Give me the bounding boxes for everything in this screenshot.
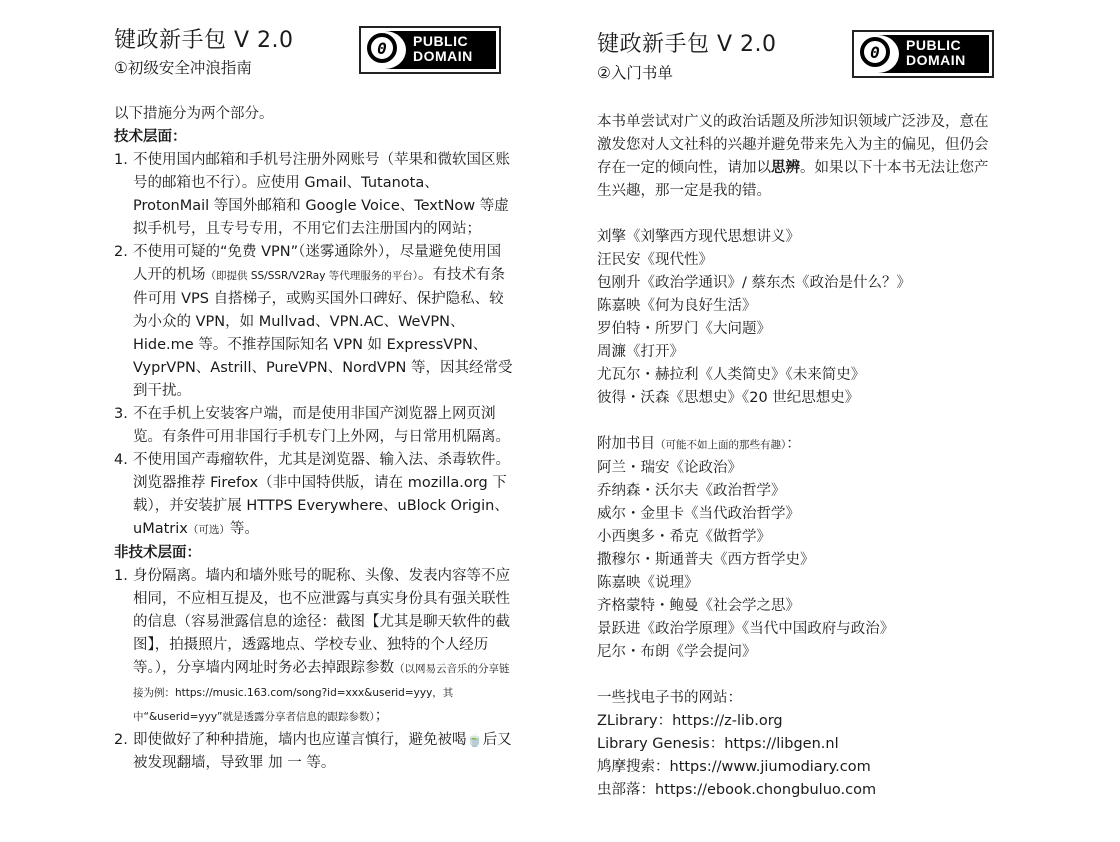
guide-body: 以下措施分为两个部分。 技术层面： 1. 不使用国内邮箱和手机号注册外网账号（苹… bbox=[114, 103, 514, 775]
public-domain-badge: 0 PUBLIC DOMAIN bbox=[359, 26, 501, 74]
badge-line-1: PUBLIC bbox=[413, 34, 473, 49]
book-item: 包刚升《政治学通识》/ 蔡东杰《政治是什么？》 bbox=[597, 272, 1002, 295]
book-item: 撒穆尔・斯通普夫《西方哲学史》 bbox=[597, 549, 1002, 572]
section-heading-non-technical: 非技术层面： bbox=[114, 542, 514, 565]
site-item: 虫部落：https://ebook.chongbuluo.com bbox=[597, 779, 1002, 802]
section-heading-technical: 技术层面： bbox=[114, 126, 514, 149]
book-item: 威尔・金里卡《当代政治哲学》 bbox=[597, 503, 1002, 526]
book-item: 周濂《打开》 bbox=[597, 341, 1002, 364]
book-item: 罗伯特・所罗门《大问题》 bbox=[597, 318, 1002, 341]
book-item: 乔纳森・沃尔夫《政治哲学》 bbox=[597, 480, 1002, 503]
tea-icon: 🍵 bbox=[467, 733, 483, 748]
extra-book-list: 阿兰・瑞安《论政治》 乔纳森・沃尔夫《政治哲学》 威尔・金里卡《当代政治哲学》 … bbox=[597, 457, 1002, 664]
public-domain-zero-icon: 0 bbox=[860, 37, 890, 67]
book-item: 刘擎《刘擎西方现代思想讲义》 bbox=[597, 226, 1002, 249]
site-item: 鸠摩搜索：https://www.jiumodiary.com bbox=[597, 756, 1002, 779]
site-link: https://www.jiumodiary.com bbox=[670, 759, 871, 775]
site-link: https://ebook.chongbuluo.com bbox=[655, 782, 876, 798]
book-item: 陈嘉映《说理》 bbox=[597, 572, 1002, 595]
sites-heading: 一些找电子书的网站： bbox=[597, 687, 1002, 710]
book-item: 小西奥多・希克《做哲学》 bbox=[597, 526, 1002, 549]
page-subtitle: ②入门书单 bbox=[597, 62, 673, 84]
site-link: https://libgen.nl bbox=[724, 736, 838, 752]
main-book-list: 刘擎《刘擎西方现代思想讲义》 汪民安《现代性》 包刚升《政治学通识》/ 蔡东杰《… bbox=[597, 226, 1002, 410]
book-item: 尤瓦尔・赫拉利《人类简史》《未来简史》 bbox=[597, 364, 1002, 387]
list-item: 2. 不使用可疑的“免费 VPN”（迷雾通除外），尽量避免使用国人开的机场（即提… bbox=[114, 241, 514, 403]
intro-text: 以下措施分为两个部分。 bbox=[114, 103, 514, 126]
page-title: 键政新手包 V 2.0 bbox=[114, 26, 294, 56]
public-domain-badge: 0 PUBLIC DOMAIN bbox=[852, 30, 994, 78]
book-item: 阿兰・瑞安《论政治》 bbox=[597, 457, 1002, 480]
badge-line-1: PUBLIC bbox=[906, 38, 966, 53]
site-link: https://z-lib.org bbox=[672, 713, 782, 729]
list-item: 2. 即使做好了种种措施，墙内也应谨言慎行，避免被喝🍵后又被发现翻墙，导致罪 加… bbox=[114, 729, 514, 775]
reading-list-body: 本书单尝试对广义的政治话题及所涉知识领域广泛涉及，意在激发您对人文社科的兴趣并避… bbox=[597, 111, 1002, 802]
book-item: 彼得・沃森《思想史》《20 世纪思想史》 bbox=[597, 387, 1002, 410]
non-technical-list: 1. 身份隔离。墙内和墙外账号的昵称、头像、发表内容等不应相同，不应相互提及，也… bbox=[114, 565, 514, 775]
list-item: 4. 不使用国产毒瘤软件，尤其是浏览器、输入法、杀毒软件。浏览器推荐 Firef… bbox=[114, 449, 514, 542]
book-item: 陈嘉映《何为良好生活》 bbox=[597, 295, 1002, 318]
page-subtitle: ①初级安全冲浪指南 bbox=[114, 57, 252, 79]
book-item: 齐格蒙特・鲍曼《社会学之思》 bbox=[597, 595, 1002, 618]
ebook-sites-list: ZLibrary：https://z-lib.org Library Genes… bbox=[597, 710, 1002, 802]
book-item: 尼尔・布朗《学会提问》 bbox=[597, 641, 1002, 664]
site-item: Library Genesis：https://libgen.nl bbox=[597, 733, 1002, 756]
technical-list: 1. 不使用国内邮箱和手机号注册外网账号（苹果和微软国区账号的邮箱也不行）。应使… bbox=[114, 149, 514, 542]
intro-paragraph: 本书单尝试对广义的政治话题及所涉知识领域广泛涉及，意在激发您对人文社科的兴趣并避… bbox=[597, 111, 1002, 203]
list-item: 3. 不在手机上安装客户端，而是使用非国产浏览器上网页浏览。有条件可用非国行手机… bbox=[114, 403, 514, 449]
extra-books-heading: 附加书目（可能不如上面的那些有趣）： bbox=[597, 433, 1002, 457]
public-domain-zero-icon: 0 bbox=[367, 33, 397, 63]
badge-line-2: DOMAIN bbox=[906, 53, 966, 68]
book-item: 景跃进《政治学原理》《当代中国政府与政治》 bbox=[597, 618, 1002, 641]
book-item: 汪民安《现代性》 bbox=[597, 249, 1002, 272]
list-item: 1. 身份隔离。墙内和墙外账号的昵称、头像、发表内容等不应相同，不应相互提及，也… bbox=[114, 565, 514, 729]
badge-line-2: DOMAIN bbox=[413, 49, 473, 64]
site-item: ZLibrary：https://z-lib.org bbox=[597, 710, 1002, 733]
list-item: 1. 不使用国内邮箱和手机号注册外网账号（苹果和微软国区账号的邮箱也不行）。应使… bbox=[114, 149, 514, 241]
page-title: 键政新手包 V 2.0 bbox=[597, 30, 777, 60]
